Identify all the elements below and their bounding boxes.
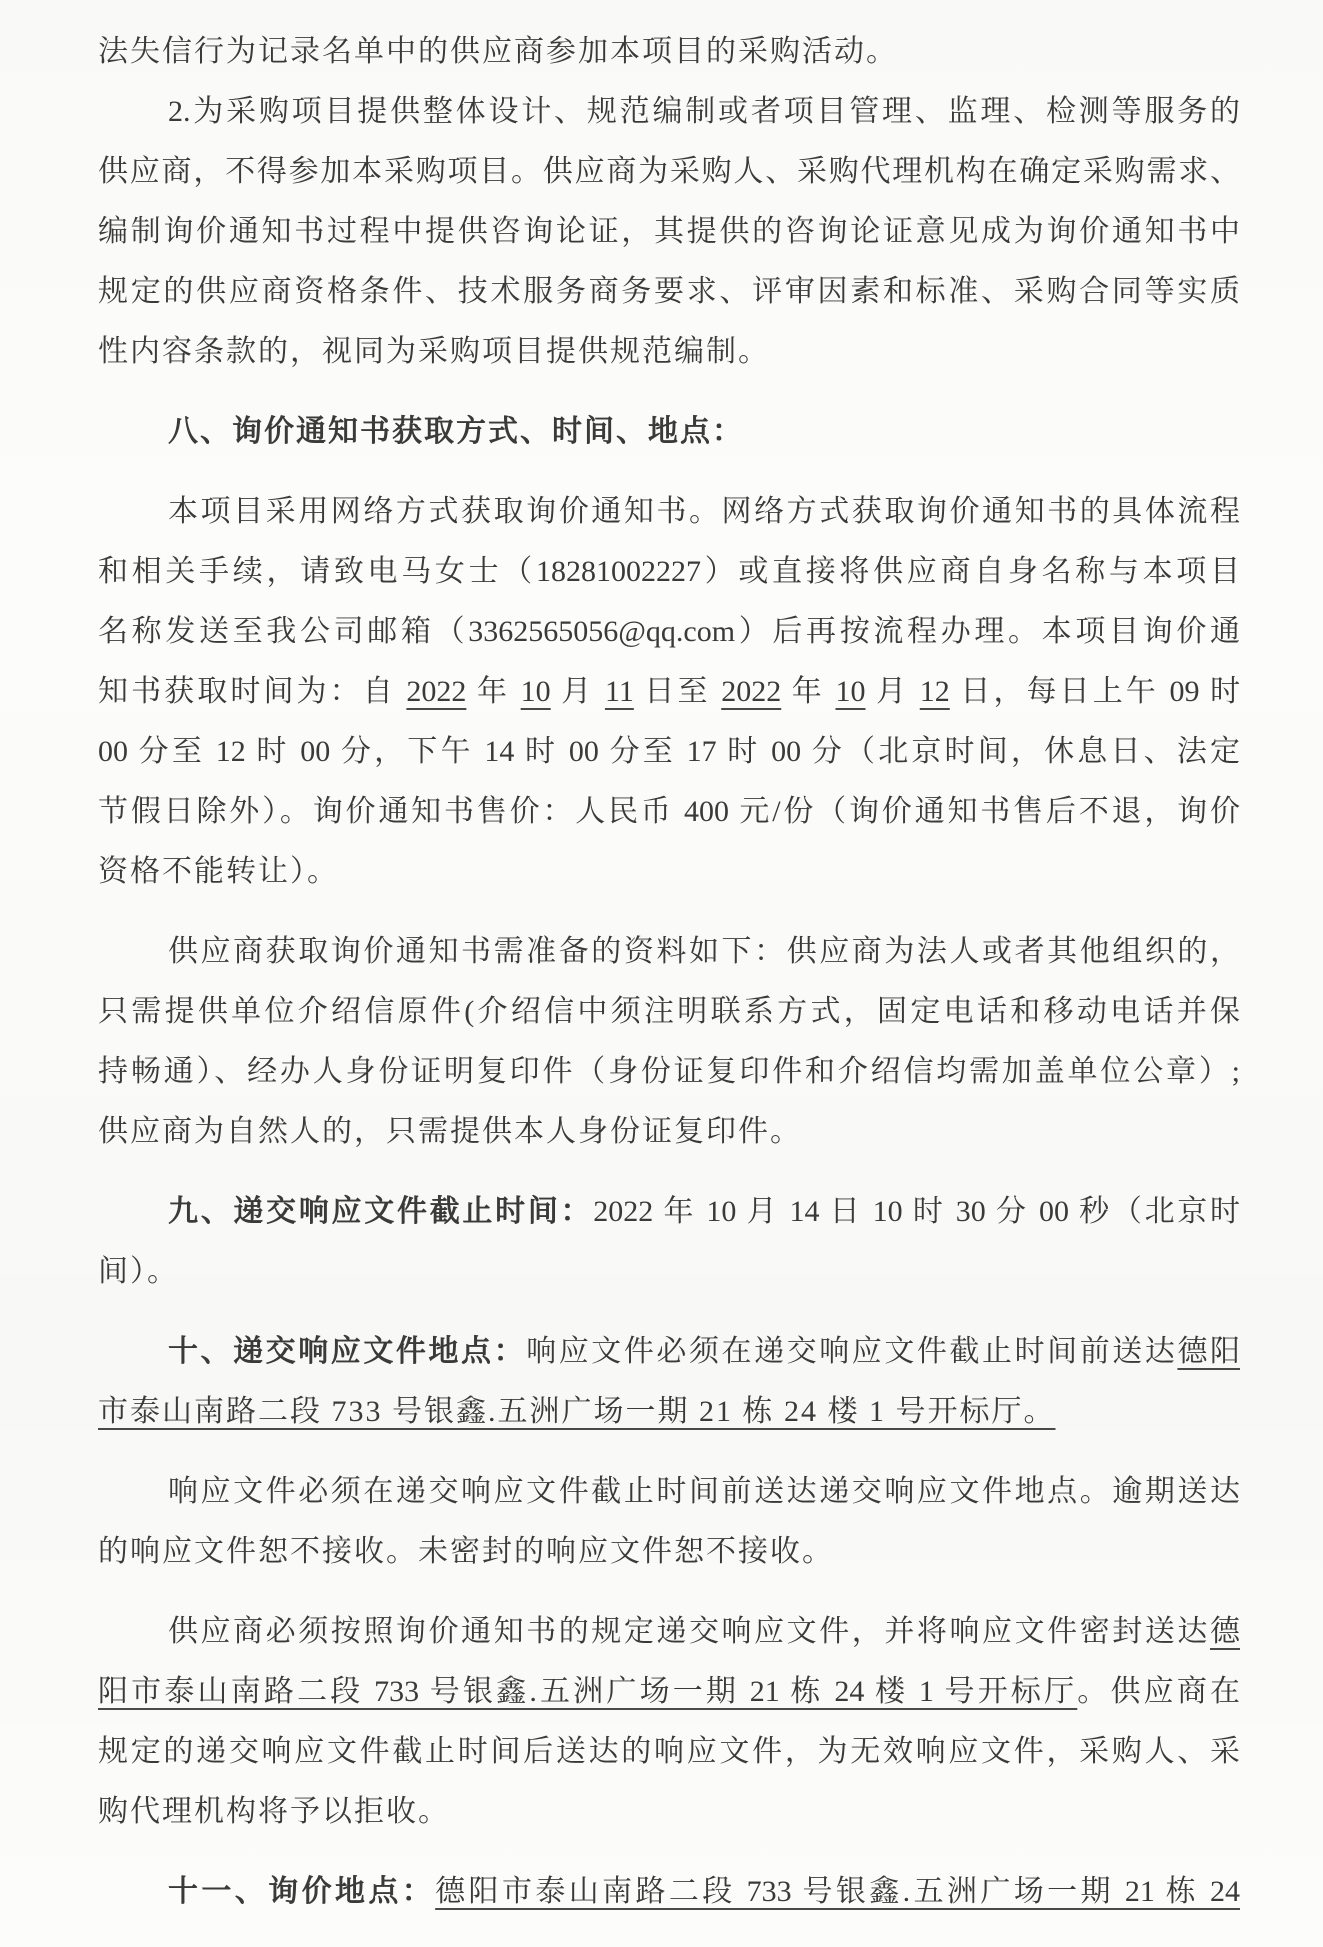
body-text: 间）。 xyxy=(98,1255,179,1288)
text-line: 供应商必须按照询价通知书的规定递交响应文件，并将响应文件密封送达德 xyxy=(98,1602,1240,1662)
body-text: 规定的递交响应文件截止时间后送达的响应文件，为无效响应文件，采购人、采 xyxy=(98,1735,1240,1768)
para-late-delivery: 响应文件必须在递交响应文件截止时间前送达递交响应文件地点。逾期送达的响应文件恕不… xyxy=(98,1462,1240,1582)
body-text: 规定的供应商资格条件、技术服务商务要求、评审因素和标准、采购合同等实质 xyxy=(98,275,1240,308)
body-text: 2.为采购项目提供整体设计、规范编制或者项目管理、监理、检测等服务的 xyxy=(168,95,1240,128)
underlined-text: 德阳市泰山南路二段 733 号银鑫.五洲广场一期 21 栋 24 xyxy=(435,1875,1240,1908)
body-text: 编制询价通知书过程中提供咨询论证，其提供的咨询论证意见成为询价通知书中 xyxy=(98,215,1240,248)
text-line: 资格不能转让）。 xyxy=(98,842,1240,902)
text-line: 的响应文件恕不接收。未密封的响应文件恕不接收。 xyxy=(98,1522,1240,1582)
body-text: 法失信行为记录名单中的供应商参加本项目的采购活动。 xyxy=(98,35,898,68)
para-blacklist-continuation: 法失信行为记录名单中的供应商参加本项目的采购活动。 xyxy=(98,22,1240,82)
body-text: 响应文件必须在递交响应文件截止时间前送达 xyxy=(526,1335,1177,1368)
underlined-text: 2022 xyxy=(406,675,466,708)
body-text: 2022 年 10 月 14 日 10 时 30 分 00 秒（北京时 xyxy=(593,1195,1240,1228)
underlined-text: 10 xyxy=(835,675,865,708)
para-sealed-submission: 供应商必须按照询价通知书的规定递交响应文件，并将响应文件密封送达德阳市泰山南路二… xyxy=(98,1602,1240,1842)
underlined-text: 10 xyxy=(521,675,551,708)
body-text: 性内容条款的，视同为采购项目提供规范编制。 xyxy=(98,335,770,368)
body-text: 供应商必须按照询价通知书的规定递交响应文件，并将响应文件密封送达 xyxy=(168,1615,1210,1648)
underlined-text: 德 xyxy=(1210,1615,1240,1648)
text-line: 编制询价通知书过程中提供咨询论证，其提供的咨询论证意见成为询价通知书中 xyxy=(98,202,1240,262)
text-line: 节假日除外）。询价通知书售价：人民币 400 元/份（询价通知书售后不退，询价 xyxy=(98,782,1240,842)
underlined-text: 11 xyxy=(605,675,634,708)
text-line: 持畅通）、经办人身份证明复印件（身份证复印件和介绍信均需加盖单位公章）; xyxy=(98,1042,1240,1102)
text-line: 供应商为自然人的，只需提供本人身份证复印件。 xyxy=(98,1102,1240,1162)
text-line: 供应商，不得参加本采购项目。供应商为采购人、采购代理机构在确定采购需求、 xyxy=(98,142,1240,202)
text-line: 规定的递交响应文件截止时间后送达的响应文件，为无效响应文件，采购人、采 xyxy=(98,1722,1240,1782)
body-text: 知书获取时间为：自 xyxy=(98,675,406,708)
body-text: 资格不能转让）。 xyxy=(98,855,339,888)
text-line: 2.为采购项目提供整体设计、规范编制或者项目管理、监理、检测等服务的 xyxy=(98,82,1240,142)
underlined-text: 2022 xyxy=(721,675,781,708)
text-line: 00 分至 12 时 00 分，下午 14 时 00 分至 17 时 00 分（… xyxy=(98,722,1240,782)
text-line: 十、递交响应文件地点：响应文件必须在递交响应文件截止时间前送达德阳 xyxy=(98,1322,1240,1382)
body-text: 购代理机构将予以拒收。 xyxy=(98,1795,450,1828)
text-line: 九、递交响应文件截止时间：2022 年 10 月 14 日 10 时 30 分 … xyxy=(98,1182,1240,1242)
body-text: 供应商获取询价通知书需准备的资料如下：供应商为法人或者其他组织的， xyxy=(168,935,1240,968)
text-line: 只需提供单位介绍信原件(介绍信中须注明联系方式，固定电话和移动电话并保 xyxy=(98,982,1240,1042)
underlined-text: 阳市泰山南路二段 733 号银鑫.五洲广场一期 21 栋 24 楼 1 号开标厅 xyxy=(98,1675,1077,1708)
document-page: 法失信行为记录名单中的供应商参加本项目的采购活动。2.为采购项目提供整体设计、规… xyxy=(0,0,1323,1947)
text-line: 规定的供应商资格条件、技术服务商务要求、评审因素和标准、采购合同等实质 xyxy=(98,262,1240,322)
text-line: 响应文件必须在递交响应文件截止时间前送达递交响应文件地点。逾期送达 xyxy=(98,1462,1240,1522)
text-line: 间）。 xyxy=(98,1242,1240,1302)
para-section-9-deadline: 九、递交响应文件截止时间：2022 年 10 月 14 日 10 时 30 分 … xyxy=(98,1182,1240,1302)
body-text: 月 xyxy=(865,675,919,708)
body-text: 供应商，不得参加本采购项目。供应商为采购人、采购代理机构在确定采购需求、 xyxy=(98,155,1240,188)
text-line: 阳市泰山南路二段 733 号银鑫.五洲广场一期 21 栋 24 楼 1 号开标厅… xyxy=(98,1662,1240,1722)
body-text: 名称发送至我公司邮箱（3362565056@qq.com）后再按流程办理。本项目… xyxy=(98,615,1240,648)
text-line: 市泰山南路二段 733 号银鑫.五洲广场一期 21 栋 24 楼 1 号开标厅。 xyxy=(98,1382,1240,1442)
underlined-text: 12 xyxy=(920,675,950,708)
body-text: 月 xyxy=(551,675,605,708)
body-text: 只需提供单位介绍信原件(介绍信中须注明联系方式，固定电话和移动电话并保 xyxy=(98,995,1240,1028)
body-text: 的响应文件恕不接收。未密封的响应文件恕不接收。 xyxy=(98,1535,834,1568)
para-required-materials: 供应商获取询价通知书需准备的资料如下：供应商为法人或者其他组织的，只需提供单位介… xyxy=(98,922,1240,1162)
body-text: 年 xyxy=(781,675,835,708)
para-section-10-submission-place: 十、递交响应文件地点：响应文件必须在递交响应文件截止时间前送达德阳市泰山南路二段… xyxy=(98,1322,1240,1442)
para-item-2-restrictions: 2.为采购项目提供整体设计、规范编制或者项目管理、监理、检测等服务的供应商，不得… xyxy=(98,82,1240,382)
heading-text: 八、询价通知书获取方式、时间、地点： xyxy=(168,415,744,448)
para-section-11-inquiry-place: 十一、询价地点：德阳市泰山南路二段 733 号银鑫.五洲广场一期 21 栋 24 xyxy=(98,1862,1240,1922)
text-line: 购代理机构将予以拒收。 xyxy=(98,1782,1240,1842)
body-text: 00 分至 12 时 00 分，下午 14 时 00 分至 17 时 00 分（… xyxy=(98,735,1240,768)
body-text: 响应文件必须在递交响应文件截止时间前送达递交响应文件地点。逾期送达 xyxy=(168,1475,1240,1508)
text-line: 十一、询价地点：德阳市泰山南路二段 733 号银鑫.五洲广场一期 21 栋 24 xyxy=(98,1862,1240,1922)
text-line: 名称发送至我公司邮箱（3362565056@qq.com）后再按流程办理。本项目… xyxy=(98,602,1240,662)
body-text: 和相关手续，请致电马女士（18281002227）或直接将供应商自身名称与本项目 xyxy=(98,555,1240,588)
body-text: 持畅通）、经办人身份证明复印件（身份证复印件和介绍信均需加盖单位公章）; xyxy=(98,1055,1240,1088)
text-line: 本项目采用网络方式获取询价通知书。网络方式获取询价通知书的具体流程 xyxy=(98,482,1240,542)
para-notice-acquisition: 本项目采用网络方式获取询价通知书。网络方式获取询价通知书的具体流程和相关手续，请… xyxy=(98,482,1240,902)
underlined-text: 德阳 xyxy=(1177,1335,1240,1368)
body-text: 日至 xyxy=(634,675,721,708)
body-text: 节假日除外）。询价通知书售价：人民币 400 元/份（询价通知书售后不退，询价 xyxy=(98,795,1240,828)
text-line: 八、询价通知书获取方式、时间、地点： xyxy=(98,402,1240,462)
text-line: 性内容条款的，视同为采购项目提供规范编制。 xyxy=(98,322,1240,382)
body-text: 。供应商在 xyxy=(1077,1675,1240,1708)
body-text: 本项目采用网络方式获取询价通知书。网络方式获取询价通知书的具体流程 xyxy=(168,495,1240,528)
text-line: 法失信行为记录名单中的供应商参加本项目的采购活动。 xyxy=(98,22,1240,82)
heading-text: 九、递交响应文件截止时间： xyxy=(168,1195,593,1228)
heading-text: 十、递交响应文件地点： xyxy=(168,1335,526,1368)
body-text: 年 xyxy=(466,675,520,708)
underlined-text: 市泰山南路二段 733 号银鑫.五洲广场一期 21 栋 24 楼 1 号开标厅。 xyxy=(98,1395,1056,1428)
text-line: 和相关手续，请致电马女士（18281002227）或直接将供应商自身名称与本项目 xyxy=(98,542,1240,602)
body-text: 供应商为自然人的，只需提供本人身份证复印件。 xyxy=(98,1115,802,1148)
text-line: 知书获取时间为：自 2022 年 10 月 11 日至 2022 年 10 月 … xyxy=(98,662,1240,722)
body-text: 日，每日上午 09 时 xyxy=(950,675,1240,708)
document-body: 法失信行为记录名单中的供应商参加本项目的采购活动。2.为采购项目提供整体设计、规… xyxy=(98,22,1240,1922)
heading-section-8: 八、询价通知书获取方式、时间、地点： xyxy=(98,402,1240,462)
text-line: 供应商获取询价通知书需准备的资料如下：供应商为法人或者其他组织的， xyxy=(98,922,1240,982)
heading-text: 十一、询价地点： xyxy=(168,1875,435,1908)
